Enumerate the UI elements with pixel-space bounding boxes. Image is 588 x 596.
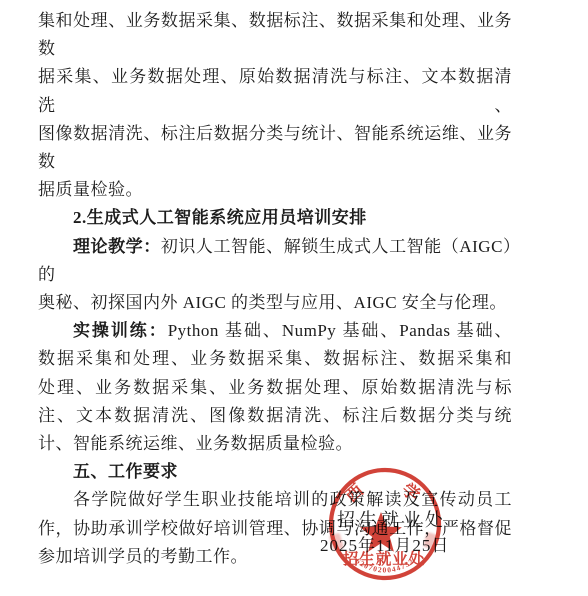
text-line: 注、文本数据清洗、图像数据清洗、标注后数据分类与统 bbox=[38, 402, 512, 430]
text-segment-bold: 2.生成式人工智能系统应用员培训安排 bbox=[73, 208, 367, 227]
text-line: 计、智能系统运维、业务数据质量检验。 bbox=[38, 430, 512, 458]
text-line: 图像数据清洗、标注后数据分类与统计、智能系统运维、业务数 bbox=[38, 120, 512, 176]
text-segment-bold: 五、工作要求 bbox=[73, 462, 178, 481]
signature-office: 招生就业处 bbox=[337, 506, 447, 532]
text-segment: 处理、业务数据采集、业务数据处理、原始数据清洗与标 bbox=[38, 378, 512, 397]
text-line: 据质量检验。 bbox=[38, 176, 512, 204]
text-segment-bold: 理论教学： bbox=[73, 237, 161, 256]
text-line: 据采集、业务数据处理、原始数据清洗与标注、文本数据清洗、 bbox=[38, 63, 512, 119]
text-line: 集和处理、业务数据采集、数据标注、数据采集和处理、业务数 bbox=[38, 7, 512, 63]
text-segment: 计、智能系统运维、业务数据质量检验。 bbox=[38, 434, 353, 453]
text-segment: 集和处理、业务数据采集、数据标注、数据采集和处理、业务数 bbox=[38, 11, 512, 58]
text-line: 数据采集和处理、业务数据采集、数据标注、数据采集和 bbox=[38, 345, 512, 373]
signature-date: 2025年11月25日 bbox=[320, 531, 449, 556]
text-segment: 数据采集和处理、业务数据采集、数据标注、数据采集和 bbox=[38, 349, 512, 368]
document-page: 集和处理、业务数据采集、数据标注、数据采集和处理、业务数据采集、业务数据处理、原… bbox=[0, 0, 588, 596]
text-line: 实操训练：Python 基础、NumPy 基础、Pandas 基础、 bbox=[38, 317, 512, 345]
text-segment-bold: 实操训练： bbox=[73, 321, 168, 340]
text-segment: 奥秘、初探国内外 AIGC 的类型与应用、AIGC 安全与伦理。 bbox=[38, 293, 507, 312]
text-segment: 图像数据清洗、标注后数据分类与统计、智能系统运维、业务数 bbox=[38, 124, 512, 171]
text-line: 2.生成式人工智能系统应用员培训安排 bbox=[38, 204, 512, 232]
text-segment: 据质量检验。 bbox=[38, 180, 143, 199]
text-segment: 注、文本数据清洗、图像数据清洗、标注后数据分类与统 bbox=[38, 406, 512, 425]
text-line: 处理、业务数据采集、业务数据处理、原始数据清洗与标 bbox=[38, 374, 512, 402]
text-line: 奥秘、初探国内外 AIGC 的类型与应用、AIGC 安全与伦理。 bbox=[38, 289, 512, 317]
text-segment: 据采集、业务数据处理、原始数据清洗与标注、文本数据清洗、 bbox=[38, 67, 512, 114]
text-line: 理论教学：初识人工智能、解锁生成式人工智能（AIGC）的 bbox=[38, 233, 512, 289]
text-segment: 参加培训学员的考勤工作。 bbox=[38, 547, 248, 566]
text-segment: Python 基础、NumPy 基础、Pandas 基础、 bbox=[168, 321, 512, 340]
